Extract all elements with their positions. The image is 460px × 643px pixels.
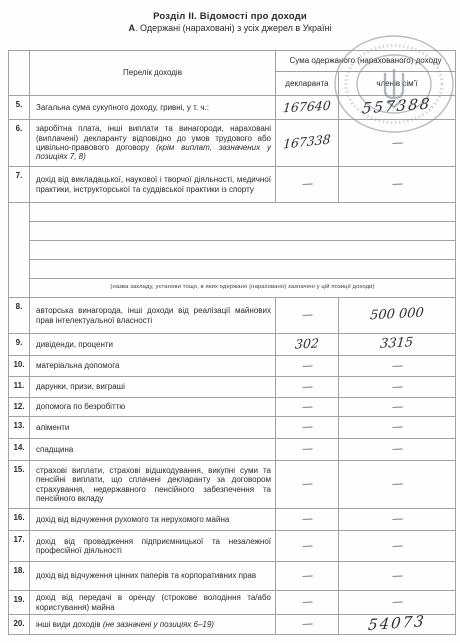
handwritten-dash: —: [301, 402, 312, 412]
income-description: дохід від викладацької, наукової і творч…: [30, 167, 276, 203]
family-value-cell: —: [339, 461, 456, 509]
income-row-12: 12. допомога по безробіттю — —: [9, 398, 456, 417]
family-value-cell: —: [339, 439, 456, 461]
blank-line: [30, 241, 455, 260]
income-description: спадщина: [30, 439, 276, 461]
income-row-17: 17. дохід від провадження підприємницько…: [9, 531, 456, 562]
family-value-cell: 3315: [339, 334, 456, 356]
family-value-cell: —: [339, 562, 456, 591]
handwritten-dash: —: [391, 514, 402, 524]
row-number: 7.: [9, 167, 30, 203]
income-row-10: 10. матеріальна допомога — —: [9, 356, 456, 377]
family-value-cell: 54073: [339, 615, 456, 635]
income-description: інші види доходів (не зазначені у позиці…: [30, 615, 276, 635]
row-number: 20.: [9, 615, 30, 635]
handwritten-value: 557388: [362, 99, 432, 113]
row-number: 5.: [9, 96, 30, 120]
income-row-14: 14. спадщина — —: [9, 439, 456, 461]
description-text: дохід від викладацької, наукової і творч…: [36, 175, 271, 193]
income-description: допомога по безробіттю: [30, 398, 276, 417]
income-description: дохід від відчуження цінних паперів та к…: [30, 562, 276, 591]
income-description: аліменти: [30, 417, 276, 439]
section-subtitle: А. Одержані (нараховані) з усіх джерел в…: [0, 23, 460, 33]
description-text: спадщина: [36, 445, 73, 454]
row-number: 8.: [9, 298, 30, 334]
income-row-15: 15. страхові виплати, страхові відшкодув…: [9, 461, 456, 509]
handwritten-dash: —: [301, 541, 312, 551]
description-text: інші види доходів: [36, 620, 101, 629]
declarant-value-cell: —: [276, 439, 339, 461]
income-row-18: 18. дохід від відчуження цінних паперів …: [9, 562, 456, 591]
handwritten-dash: —: [301, 597, 312, 607]
description-text: страхові виплати, страхові відшкодування…: [36, 466, 271, 503]
row-number: 17.: [9, 531, 30, 562]
family-value-cell: —: [339, 417, 456, 439]
family-value-cell: —: [339, 509, 456, 531]
income-row-11: 11. дарунки, призи, виграші — —: [9, 377, 456, 398]
col-header-sum: Сума одержаного (нарахованого) доходу: [276, 51, 456, 72]
income-description: Загальна сума сукупного доходу, гривні, …: [30, 96, 276, 120]
description-text: Загальна сума сукупного доходу, гривні, …: [36, 103, 209, 112]
declarant-value-cell: —: [276, 167, 339, 203]
row-number: 6.: [9, 120, 30, 167]
handwritten-dash: —: [301, 361, 312, 371]
handwritten-dash: —: [301, 422, 312, 432]
row-number: 13.: [9, 417, 30, 439]
declarant-value-cell: —: [276, 377, 339, 398]
handwritten-dash: —: [391, 571, 402, 581]
col-header-family: членів сім’ї: [339, 72, 456, 96]
family-value-cell: —: [339, 356, 456, 377]
handwritten-dash: —: [391, 361, 402, 371]
handwritten-value: 167640: [283, 101, 331, 113]
income-description: дивіденди, проценти: [30, 334, 276, 356]
income-row-16: 16. дохід від відчуження рухомого та нер…: [9, 509, 456, 531]
description-text: авторська винагорода, інші доходи від ре…: [36, 306, 271, 324]
row-number: 10.: [9, 356, 30, 377]
header-number-cell: [9, 51, 30, 96]
income-row-6: 6. заробітна плата, інші виплати та вина…: [9, 120, 456, 167]
row-number: 11.: [9, 377, 30, 398]
handwritten-dash: —: [301, 179, 312, 189]
description-text: дарунки, призи, виграші: [36, 382, 125, 391]
handwritten-value: 302: [295, 338, 320, 349]
income-description: авторська винагорода, інші доходи від ре…: [30, 298, 276, 334]
description-text: дивіденди, проценти: [36, 340, 113, 349]
handwritten-dash: —: [301, 382, 312, 392]
handwritten-dash: —: [301, 479, 312, 489]
handwritten-dash: —: [391, 444, 402, 454]
family-value-cell: —: [339, 377, 456, 398]
description-text: допомога по безробіттю: [36, 402, 125, 411]
col-header-declarant: декларанта: [276, 72, 339, 96]
handwritten-dash: —: [391, 402, 402, 412]
income-description: дохід від відчуження рухомого та нерухом…: [30, 509, 276, 531]
description-text: дохід від відчуження рухомого та нерухом…: [36, 515, 229, 524]
income-table: Перелік доходів Сума одержаного (нарахов…: [8, 50, 456, 635]
description-text: дохід від передачі в оренду (строкове во…: [36, 593, 271, 611]
declarant-value-cell: —: [276, 298, 339, 334]
row-number: 9.: [9, 334, 30, 356]
handwritten-dash: —: [391, 597, 402, 607]
family-value-cell: —: [339, 531, 456, 562]
description-text: аліменти: [36, 423, 69, 432]
row-number: 19.: [9, 591, 30, 615]
page-header: Розділ II. Відомості про доходи А. Одерж…: [0, 0, 460, 50]
income-description: дарунки, призи, виграші: [30, 377, 276, 398]
handwritten-value: 3315: [380, 338, 414, 349]
declaration-scan-page: Розділ II. Відомості про доходи А. Одерж…: [0, 0, 460, 643]
section-title: Розділ II. Відомості про доходи: [0, 11, 460, 22]
family-value-cell: 557388: [339, 96, 456, 120]
subtitle-text: . Одержані (нараховані) з усіх джерел в …: [135, 23, 331, 33]
income-description: дохід від провадження підприємницької та…: [30, 531, 276, 562]
handwritten-value: 500 000: [370, 309, 425, 321]
declarant-value-cell: 167338: [276, 120, 339, 167]
handwritten-dash: —: [391, 479, 402, 489]
handwritten-dash: —: [391, 179, 402, 189]
declarant-value-cell: 167640: [276, 96, 339, 120]
income-row-20: 20. інші види доходів (не зазначені у по…: [9, 615, 456, 635]
declarant-value-cell: —: [276, 398, 339, 417]
family-value-cell: —: [339, 591, 456, 615]
row-number: 15.: [9, 461, 30, 509]
institution-note-caption: (назва закладу, установи тощо, в яких од…: [30, 279, 455, 297]
handwritten-dash: —: [391, 541, 402, 551]
income-row-19: 19. дохід від передачі в оренду (строков…: [9, 591, 456, 615]
description-text: матеріальна допомога: [36, 361, 119, 370]
declarant-value-cell: —: [276, 591, 339, 615]
row-number: 18.: [9, 562, 30, 591]
income-description: матеріальна допомога: [30, 356, 276, 377]
handwritten-dash: —: [301, 444, 312, 454]
blank-line: [30, 222, 455, 241]
income-row-5: 5. Загальна сума сукупного доходу, гривн…: [9, 96, 456, 120]
handwritten-dash: —: [301, 310, 312, 320]
institution-note-section: (назва закладу, установи тощо, в яких од…: [9, 203, 456, 298]
family-value-cell: 500 000: [339, 298, 456, 334]
col-header-income-list: Перелік доходів: [30, 51, 276, 96]
declarant-value-cell: —: [276, 531, 339, 562]
handwritten-value: 54073: [368, 617, 427, 631]
description-note: (не зазначені у позиціях 6–19): [101, 620, 214, 629]
family-value-cell: —: [339, 398, 456, 417]
declarant-value-cell: 302: [276, 334, 339, 356]
income-row-7: 7. дохід від викладацької, наукової і тв…: [9, 167, 456, 203]
handwritten-dash: —: [391, 138, 402, 148]
handwritten-dash: —: [391, 382, 402, 392]
declarant-value-cell: —: [276, 356, 339, 377]
family-value-cell: —: [339, 120, 456, 167]
declarant-value-cell: —: [276, 509, 339, 531]
declarant-value-cell: —: [276, 562, 339, 591]
income-row-8: 8. авторська винагорода, інші доходи від…: [9, 298, 456, 334]
table-header-row: Перелік доходів Сума одержаного (нарахов…: [9, 51, 456, 72]
declarant-value-cell: —: [276, 461, 339, 509]
handwritten-dash: —: [301, 571, 312, 581]
income-description: заробітна плата, інші виплати та винагор…: [30, 120, 276, 167]
description-text: дохід від провадження підприємницької та…: [36, 537, 271, 555]
handwritten-dash: —: [301, 514, 312, 524]
handwritten-value: 167338: [283, 135, 331, 150]
income-row-13: 13. аліменти — —: [9, 417, 456, 439]
institution-note-area: (назва закладу, установи тощо, в яких од…: [30, 203, 456, 298]
row-number: 14.: [9, 439, 30, 461]
blank-line: [30, 260, 455, 279]
income-description: страхові виплати, страхові відшкодування…: [30, 461, 276, 509]
row-number: 12.: [9, 398, 30, 417]
handwritten-dash: —: [391, 422, 402, 432]
income-description: дохід від передачі в оренду (строкове во…: [30, 591, 276, 615]
row-number: 16.: [9, 509, 30, 531]
income-row-9: 9. дивіденди, проценти 302 3315: [9, 334, 456, 356]
family-value-cell: —: [339, 167, 456, 203]
handwritten-dash: —: [301, 619, 312, 629]
declarant-value-cell: —: [276, 417, 339, 439]
row-number: [9, 203, 30, 298]
description-text: дохід від відчуження цінних паперів та к…: [36, 571, 256, 580]
blank-line: [30, 203, 455, 222]
declarant-value-cell: —: [276, 615, 339, 635]
